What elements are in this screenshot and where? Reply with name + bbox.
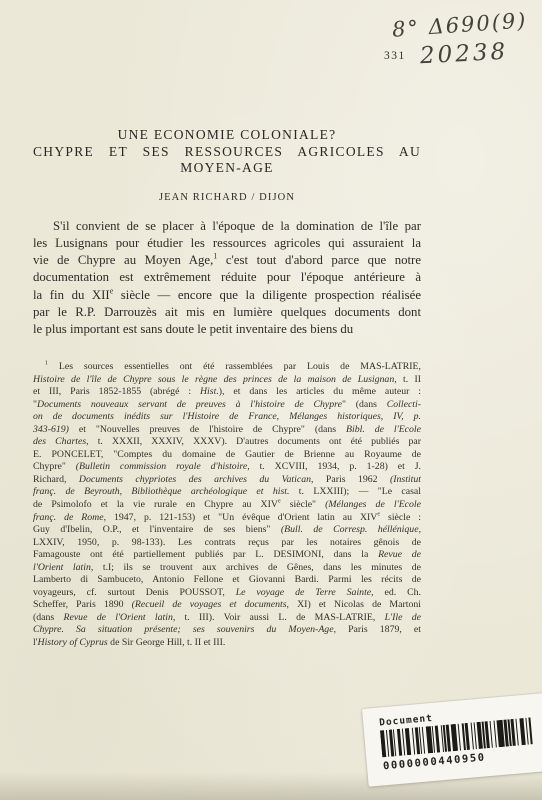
scanned-page: { "annotations": { "shelfmark": "8° Δ690… [0, 0, 542, 800]
text-line: le plus important est sans doute le peti… [33, 321, 421, 338]
text-line: des Chartes, t. XXXII, XXXIV, XXXV). D'a… [33, 436, 421, 449]
text-line: S'il convient de se placer à l'époque de… [33, 218, 421, 235]
title-line-3: MOYEN-AGE [33, 160, 421, 177]
text-line: documentation est extrêmement réduite po… [33, 269, 421, 286]
text-line: vie de Chypre au Moyen Age,1 c'est tout … [33, 252, 421, 269]
text-line: les Lusignans pour étudier les ressource… [33, 235, 421, 252]
title-line-1: UNE ECONOMIE COLONIALE? [33, 127, 421, 144]
text-line: Guy d'Ibelin, O.P., et l'inventaire de s… [33, 524, 421, 537]
text-line: et III, Paris 1852-1855 (abrégé : Hist.)… [33, 386, 421, 399]
page-number: 331 [384, 50, 406, 62]
text-line: Scheffer, Paris 1890 (Recueil de voyages… [33, 599, 421, 612]
author-line: JEAN RICHARD / DIJON [33, 192, 421, 203]
title-line-2: CHYPRE ET SES RESSOURCES AGRICOLES AU [33, 144, 421, 161]
article-title: UNE ECONOMIE COLONIALE? CHYPRE ET SES RE… [33, 127, 421, 177]
handwritten-accession-number: 20238 [419, 39, 508, 70]
text-line: LXXIV, 1950, p. 98-133). Les contrats re… [33, 537, 421, 550]
text-line: franç. de Beyrouth, Bibliothèque archéol… [33, 486, 421, 499]
text-line: 343-619) et "Nouvelles preuves de l'hist… [33, 424, 421, 437]
text-line: E. PONCELET, "Comptes du domaine de Gaut… [33, 449, 421, 462]
text-line: l'Orient latin, t.I; ils se trouvent aux… [33, 562, 421, 575]
barcode-label: Document 0000000440950 [362, 692, 542, 787]
text-line: voyageurs, cf. surtout Denis POUSSOT, Le… [33, 587, 421, 600]
text-line: Lamberto di Sambuceto, Antonio Fellone e… [33, 574, 421, 587]
text-line: franç. de Rome, 1947, p. 121-153) et "Un… [33, 512, 421, 525]
text-line: l'History of Cyprus de Sir George Hill, … [33, 637, 421, 650]
text-line: 1 Les sources essentielles ont été rasse… [33, 361, 421, 374]
footnote-block: 1 Les sources essentielles ont été rasse… [33, 361, 421, 650]
text-line: de Psimolofo et la vie rurale en Chypre … [33, 499, 421, 512]
text-line: Chypre. Sa situation présente; ses souve… [33, 624, 421, 637]
text-line: Famagouste ont été partiellement publiés… [33, 549, 421, 562]
text-line: Richard, Documents chypriotes des archiv… [33, 474, 421, 487]
text-line: "Documents nouveaux servant de preuves à… [33, 399, 421, 412]
text-line: on de documents inédits sur l'Histoire d… [33, 411, 421, 424]
text-line: la fin du XIIe siècle — encore que la di… [33, 287, 421, 304]
handwritten-shelfmark: 8° Δ690(9) [391, 8, 528, 41]
text-line: Histoire de l'île de Chypre sous le règn… [33, 374, 421, 387]
text-line: par le R.P. Darrouzès ait mis en lumière… [33, 304, 421, 321]
body-paragraph: S'il convient de se placer à l'époque de… [33, 218, 421, 338]
text-line: Chypre" (Bulletin commission royale d'hi… [33, 461, 421, 474]
text-line: (dans Revue de l'Orient latin, t. III). … [33, 612, 421, 625]
